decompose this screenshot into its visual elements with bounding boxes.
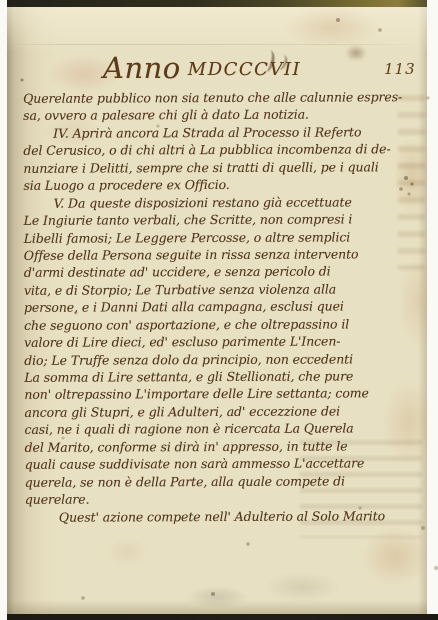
manuscript-body: Querelante pubblico non sia tenuto che a… (23, 88, 413, 526)
manuscript-line: d'armi destinate ad' uccidere, e senza p… (24, 263, 412, 282)
manuscript-line: Libelli famosi; Le Leggere Percosse, o a… (24, 228, 412, 247)
manuscript-line: valore di Lire dieci, ed' escluso parime… (24, 332, 412, 351)
manuscript-line: quali cause suddivisate non sarà ammesso… (25, 454, 413, 473)
page-title-word: Anno (103, 51, 181, 85)
manuscript-line: Querelante pubblico non sia tenuto che a… (23, 88, 411, 107)
manuscript-line: V. Da queste disposizioni restano già ec… (24, 193, 412, 212)
manuscript-line: che seguono con' asportazione, e che olt… (24, 315, 412, 334)
manuscript-line: querelare. (25, 489, 413, 508)
ink-smudge (344, 44, 368, 62)
manuscript-line: querela, se non è della Parte, alla qual… (25, 472, 413, 491)
page-title-year: MDCCCVII (188, 59, 301, 80)
book-top-edge (7, 0, 427, 7)
manuscript-line: sia Luogo a procedere ex Officio. (23, 175, 411, 194)
manuscript-line: vita, e di Storpio; Le Turbative senza v… (24, 280, 412, 299)
page-crease (7, 44, 427, 45)
manuscript-line: non' oltrepassino L'importare delle Lire… (24, 385, 412, 404)
manuscript-line: del Cerusico, o di chi altri à La pubbli… (23, 140, 411, 159)
manuscript-line: casi, ne i quali di ragione non è ricerc… (24, 419, 412, 438)
manuscript-line: del Marito, conforme si dirà in' appress… (25, 437, 413, 456)
page-title: AnnoMDCCCVII (103, 51, 301, 85)
page-sheet: AnnoMDCCCVII 113 Querelante pubblico non… (7, 7, 427, 614)
manuscript-line: persone, e i Danni Dati alla campagna, e… (24, 297, 412, 316)
paper-stain-specks (7, 7, 9, 9)
manuscript-line: Quest' azione compete nell' Adulterio al… (25, 507, 413, 526)
page-number: 113 (384, 60, 416, 78)
manuscript-scan: AnnoMDCCCVII 113 Querelante pubblico non… (0, 0, 438, 620)
manuscript-line: ancora gli Stupri, e gli Adulteri, ad' e… (24, 402, 412, 421)
manuscript-line: Offese della Persona seguite in rissa se… (24, 245, 412, 264)
book-bottom-edge (7, 614, 438, 620)
manuscript-line: dio; Le Truffe senza dolo da principio, … (24, 350, 412, 369)
manuscript-line: IV. Aprirà ancora La Strada al Processo … (23, 123, 411, 142)
manuscript-line: La somma di Lire settanta, e gli Stellio… (24, 367, 412, 386)
manuscript-line: sa, ovvero a palesare chi gli à dato La … (23, 106, 411, 125)
manuscript-line: Le Ingiurie tanto verbali, che Scritte, … (24, 210, 412, 229)
manuscript-line: nunziare i Delitti, sempre che si tratti… (23, 158, 411, 177)
